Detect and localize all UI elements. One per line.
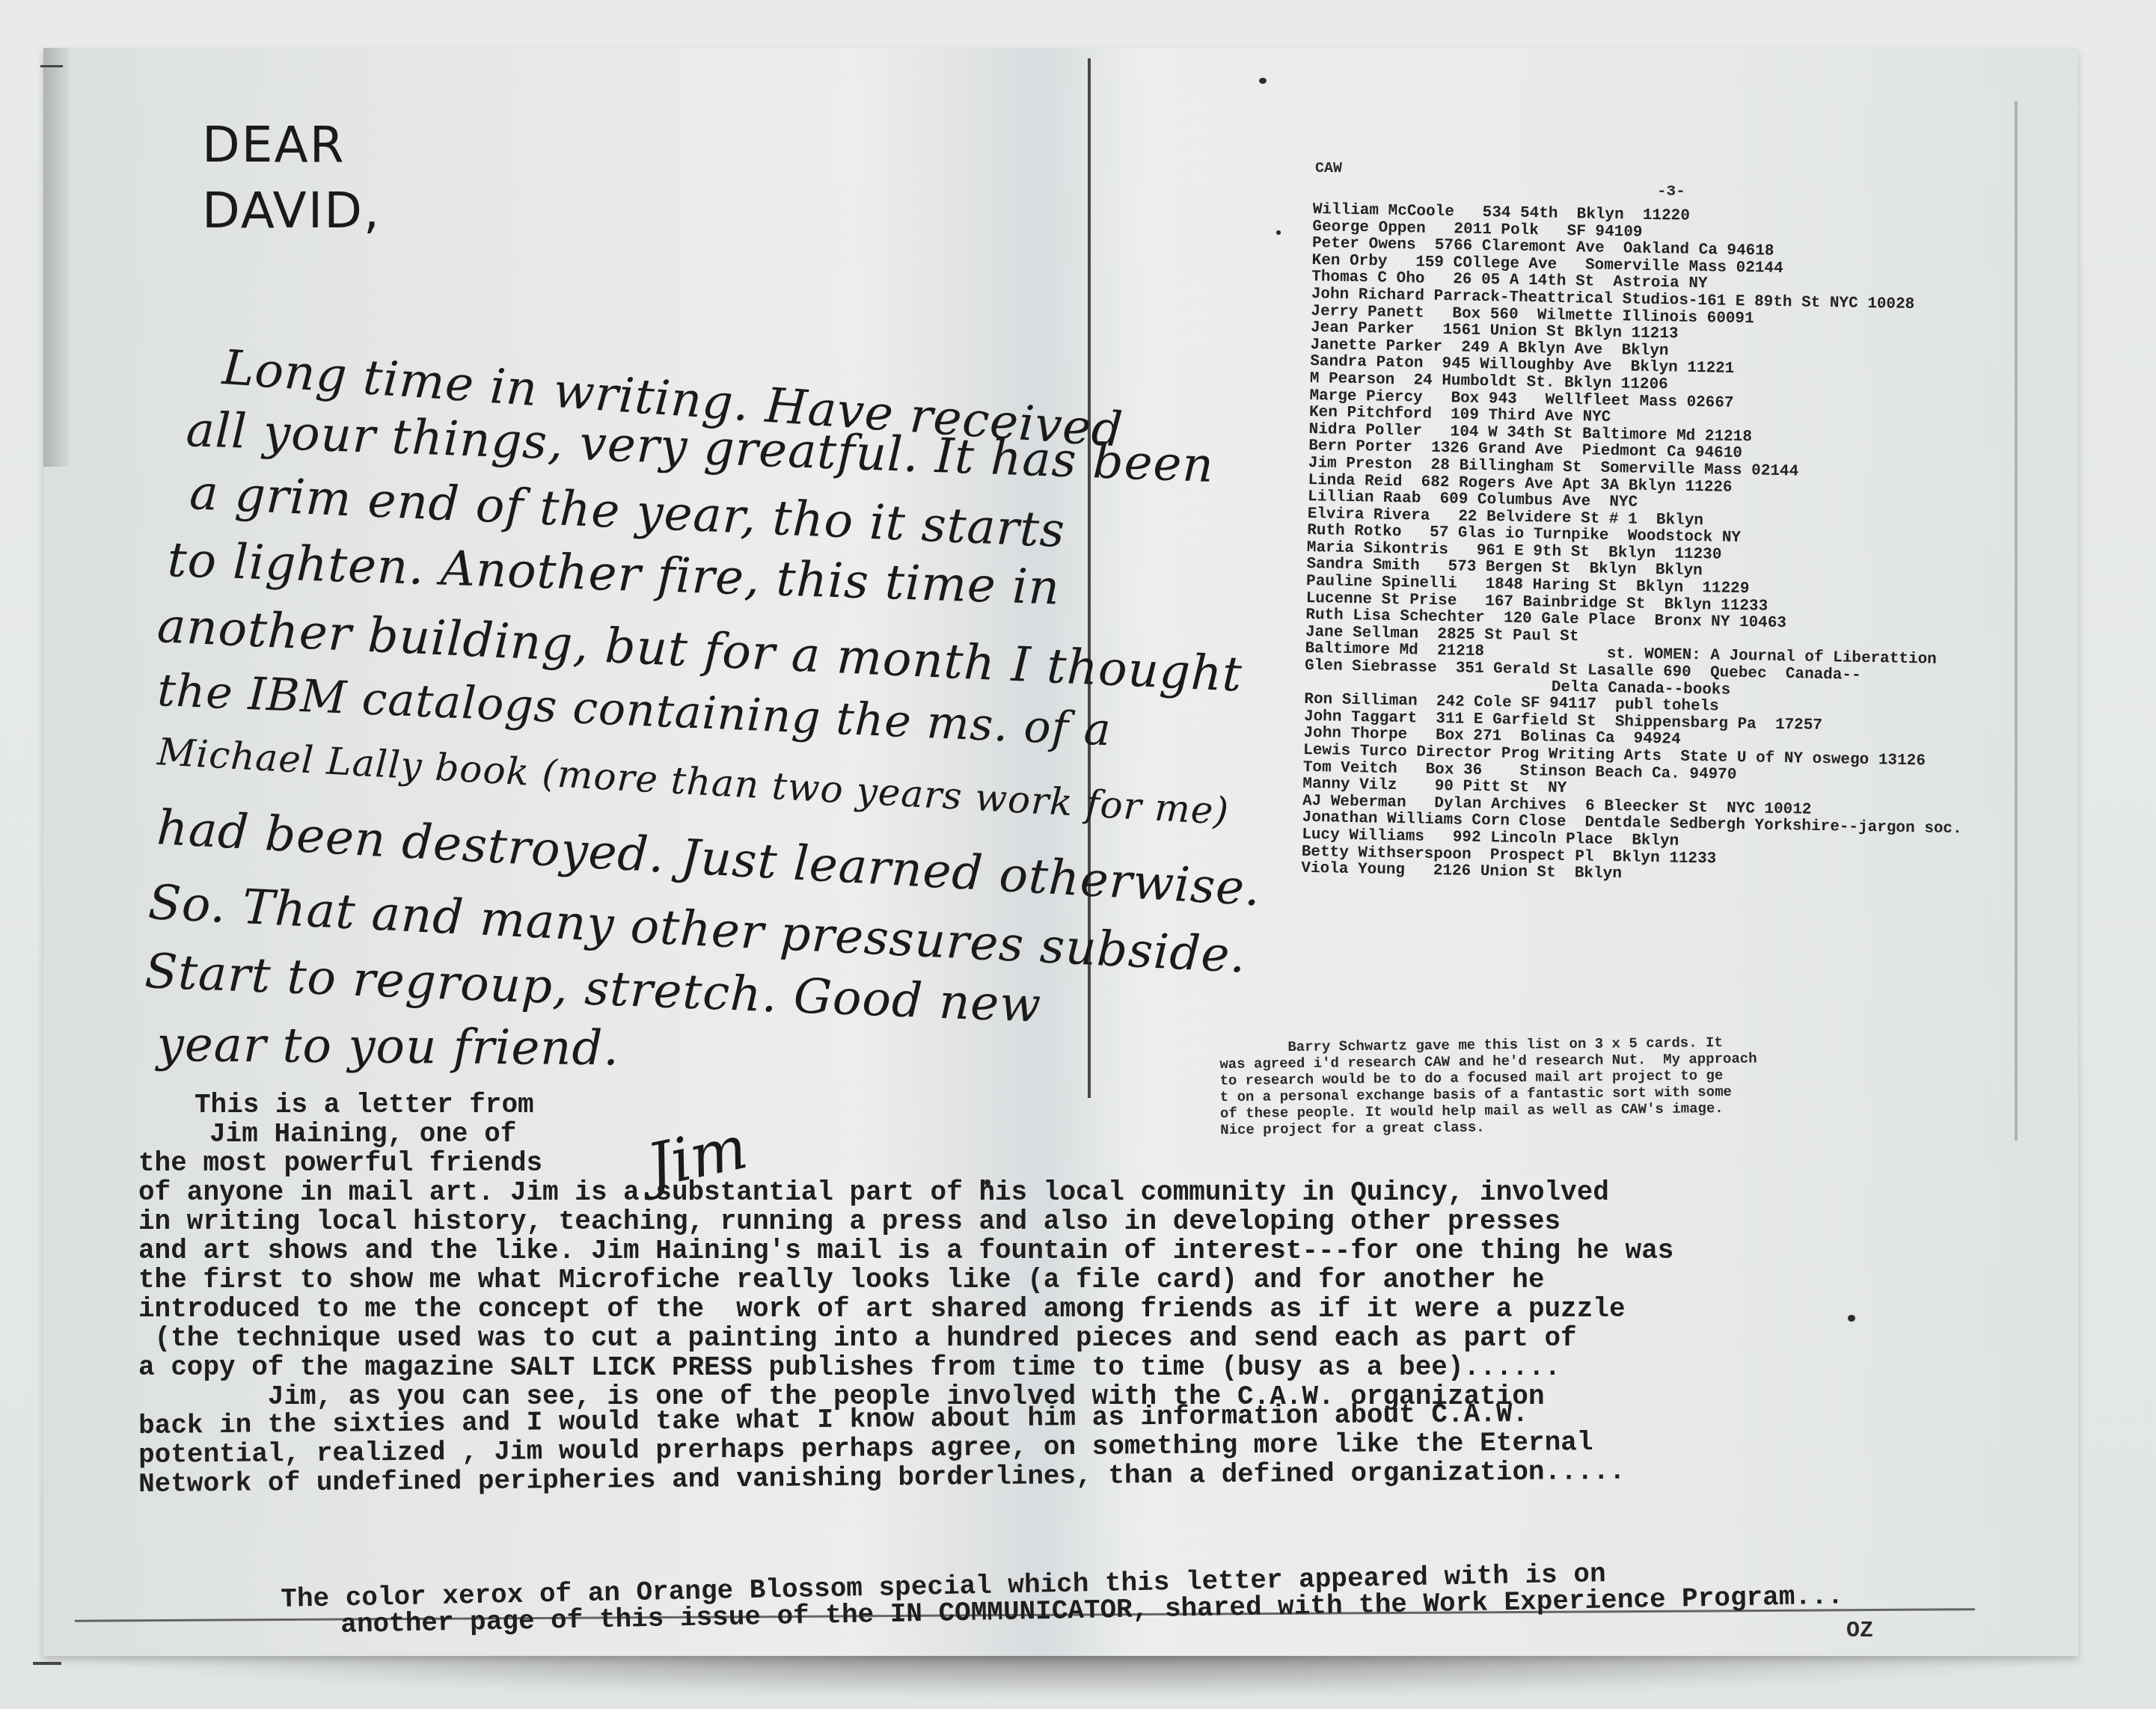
address-list: William McCoole 534 54th Bklyn 11220Geor… [1301,202,2098,892]
ink-speck [1259,78,1267,84]
essay-line: of anyone in mail art. Jim is a substant… [138,1178,1994,1207]
salutation-line: DAVID, [202,178,381,244]
paper-shadow [97,1649,2057,1694]
essay-line: This is a letter from [138,1090,1994,1120]
ink-speck [1848,1315,1855,1322]
essay-line: a copy of the magazine SALT LICK PRESS p… [138,1353,1994,1382]
ink-speck [1276,230,1281,235]
margin-mark [33,1662,61,1665]
ink-speck [984,1179,990,1185]
footer-tag: OZ [1846,1619,1873,1644]
essay-line: Jim Haining, one of [138,1120,1994,1149]
essay-text: This is a letter from Jim Haining, one o… [138,1090,1994,1499]
essay-line: in writing local history, teaching, runn… [138,1207,1994,1236]
essay-line: the first to show me what Microfiche rea… [138,1265,1994,1295]
page-header: CAW [1315,160,1342,177]
essay-line: and art shows and the like. Jim Haining'… [138,1236,1994,1265]
page-number: -3- [1657,183,1685,200]
letter-line: year to you friend. [156,1017,619,1076]
margin-mark [40,65,63,67]
essay-line: the most powerful friends [138,1149,1994,1178]
letter-salutation: DEAR DAVID, [202,112,381,244]
salutation-line: DEAR [202,112,381,178]
essay-line: introduced to me the concept of the work… [138,1295,1994,1324]
essay-line: (the technique used was to cut a paintin… [138,1324,1994,1353]
